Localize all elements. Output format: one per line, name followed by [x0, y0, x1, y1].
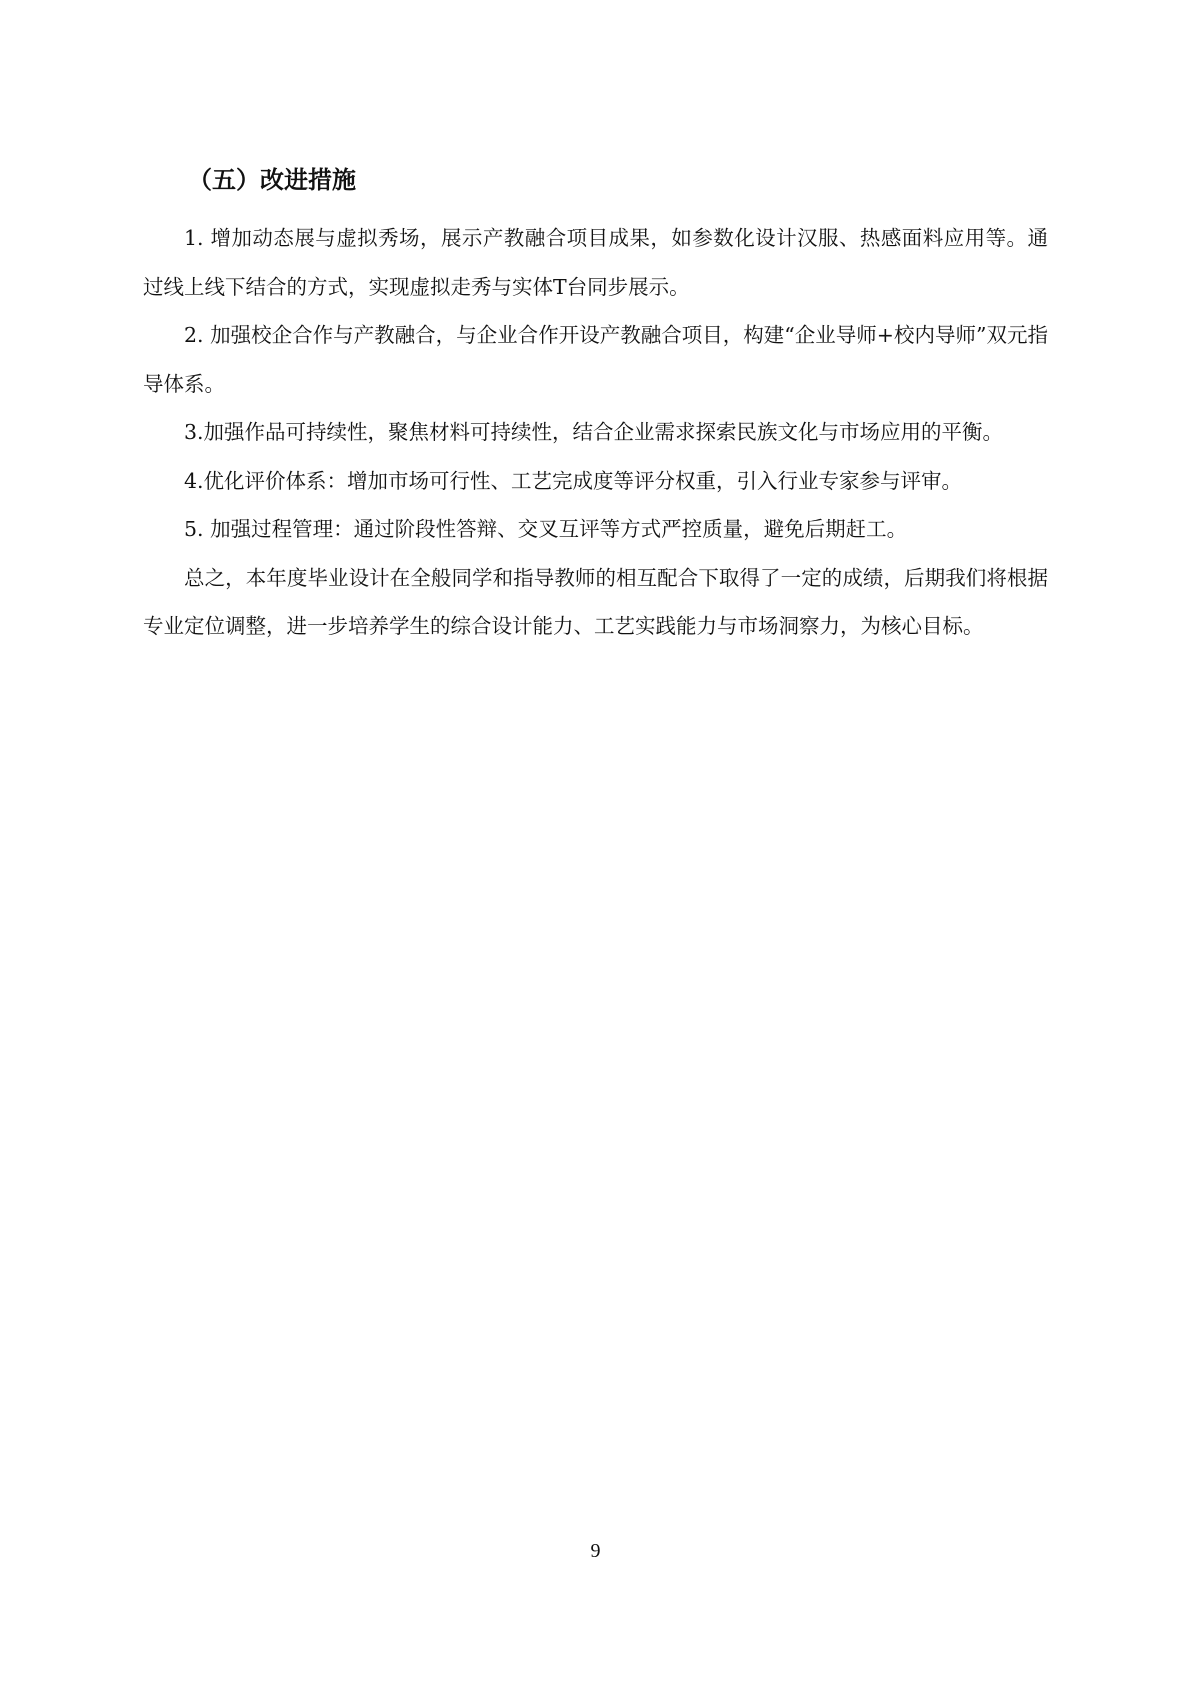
paragraph-summary: 总之，本年度毕业设计在全般同学和指导教师的相互配合下取得了一定的成绩，后期我们将… — [143, 554, 1048, 651]
paragraph-improvement-2: 2. 加强校企合作与产教融合，与企业合作开设产教融合项目，构建“企业导师+校内导… — [143, 311, 1048, 408]
section-heading: （五）改进措施 — [188, 160, 356, 195]
body-text: 1. 增加动态展与虚拟秀场，展示产教融合项目成果，如参数化设计汉服、热感面料应用… — [143, 214, 1048, 651]
paragraph-improvement-1: 1. 增加动态展与虚拟秀场，展示产教融合项目成果，如参数化设计汉服、热感面料应用… — [143, 214, 1048, 311]
paragraph-improvement-5: 5. 加强过程管理：通过阶段性答辩、交叉互评等方式严控质量，避免后期赶工。 — [143, 505, 1048, 554]
paragraph-improvement-4: 4.优化评价体系：增加市场可行性、工艺完成度等评分权重，引入行业专家参与评审。 — [143, 457, 1048, 506]
paragraph-improvement-3: 3.加强作品可持续性，聚焦材料可持续性，结合企业需求探索民族文化与市场应用的平衡… — [143, 408, 1048, 457]
page-number: 9 — [0, 1540, 1191, 1563]
document-page: （五）改进措施 1. 增加动态展与虚拟秀场，展示产教融合项目成果，如参数化设计汉… — [0, 0, 1191, 1684]
